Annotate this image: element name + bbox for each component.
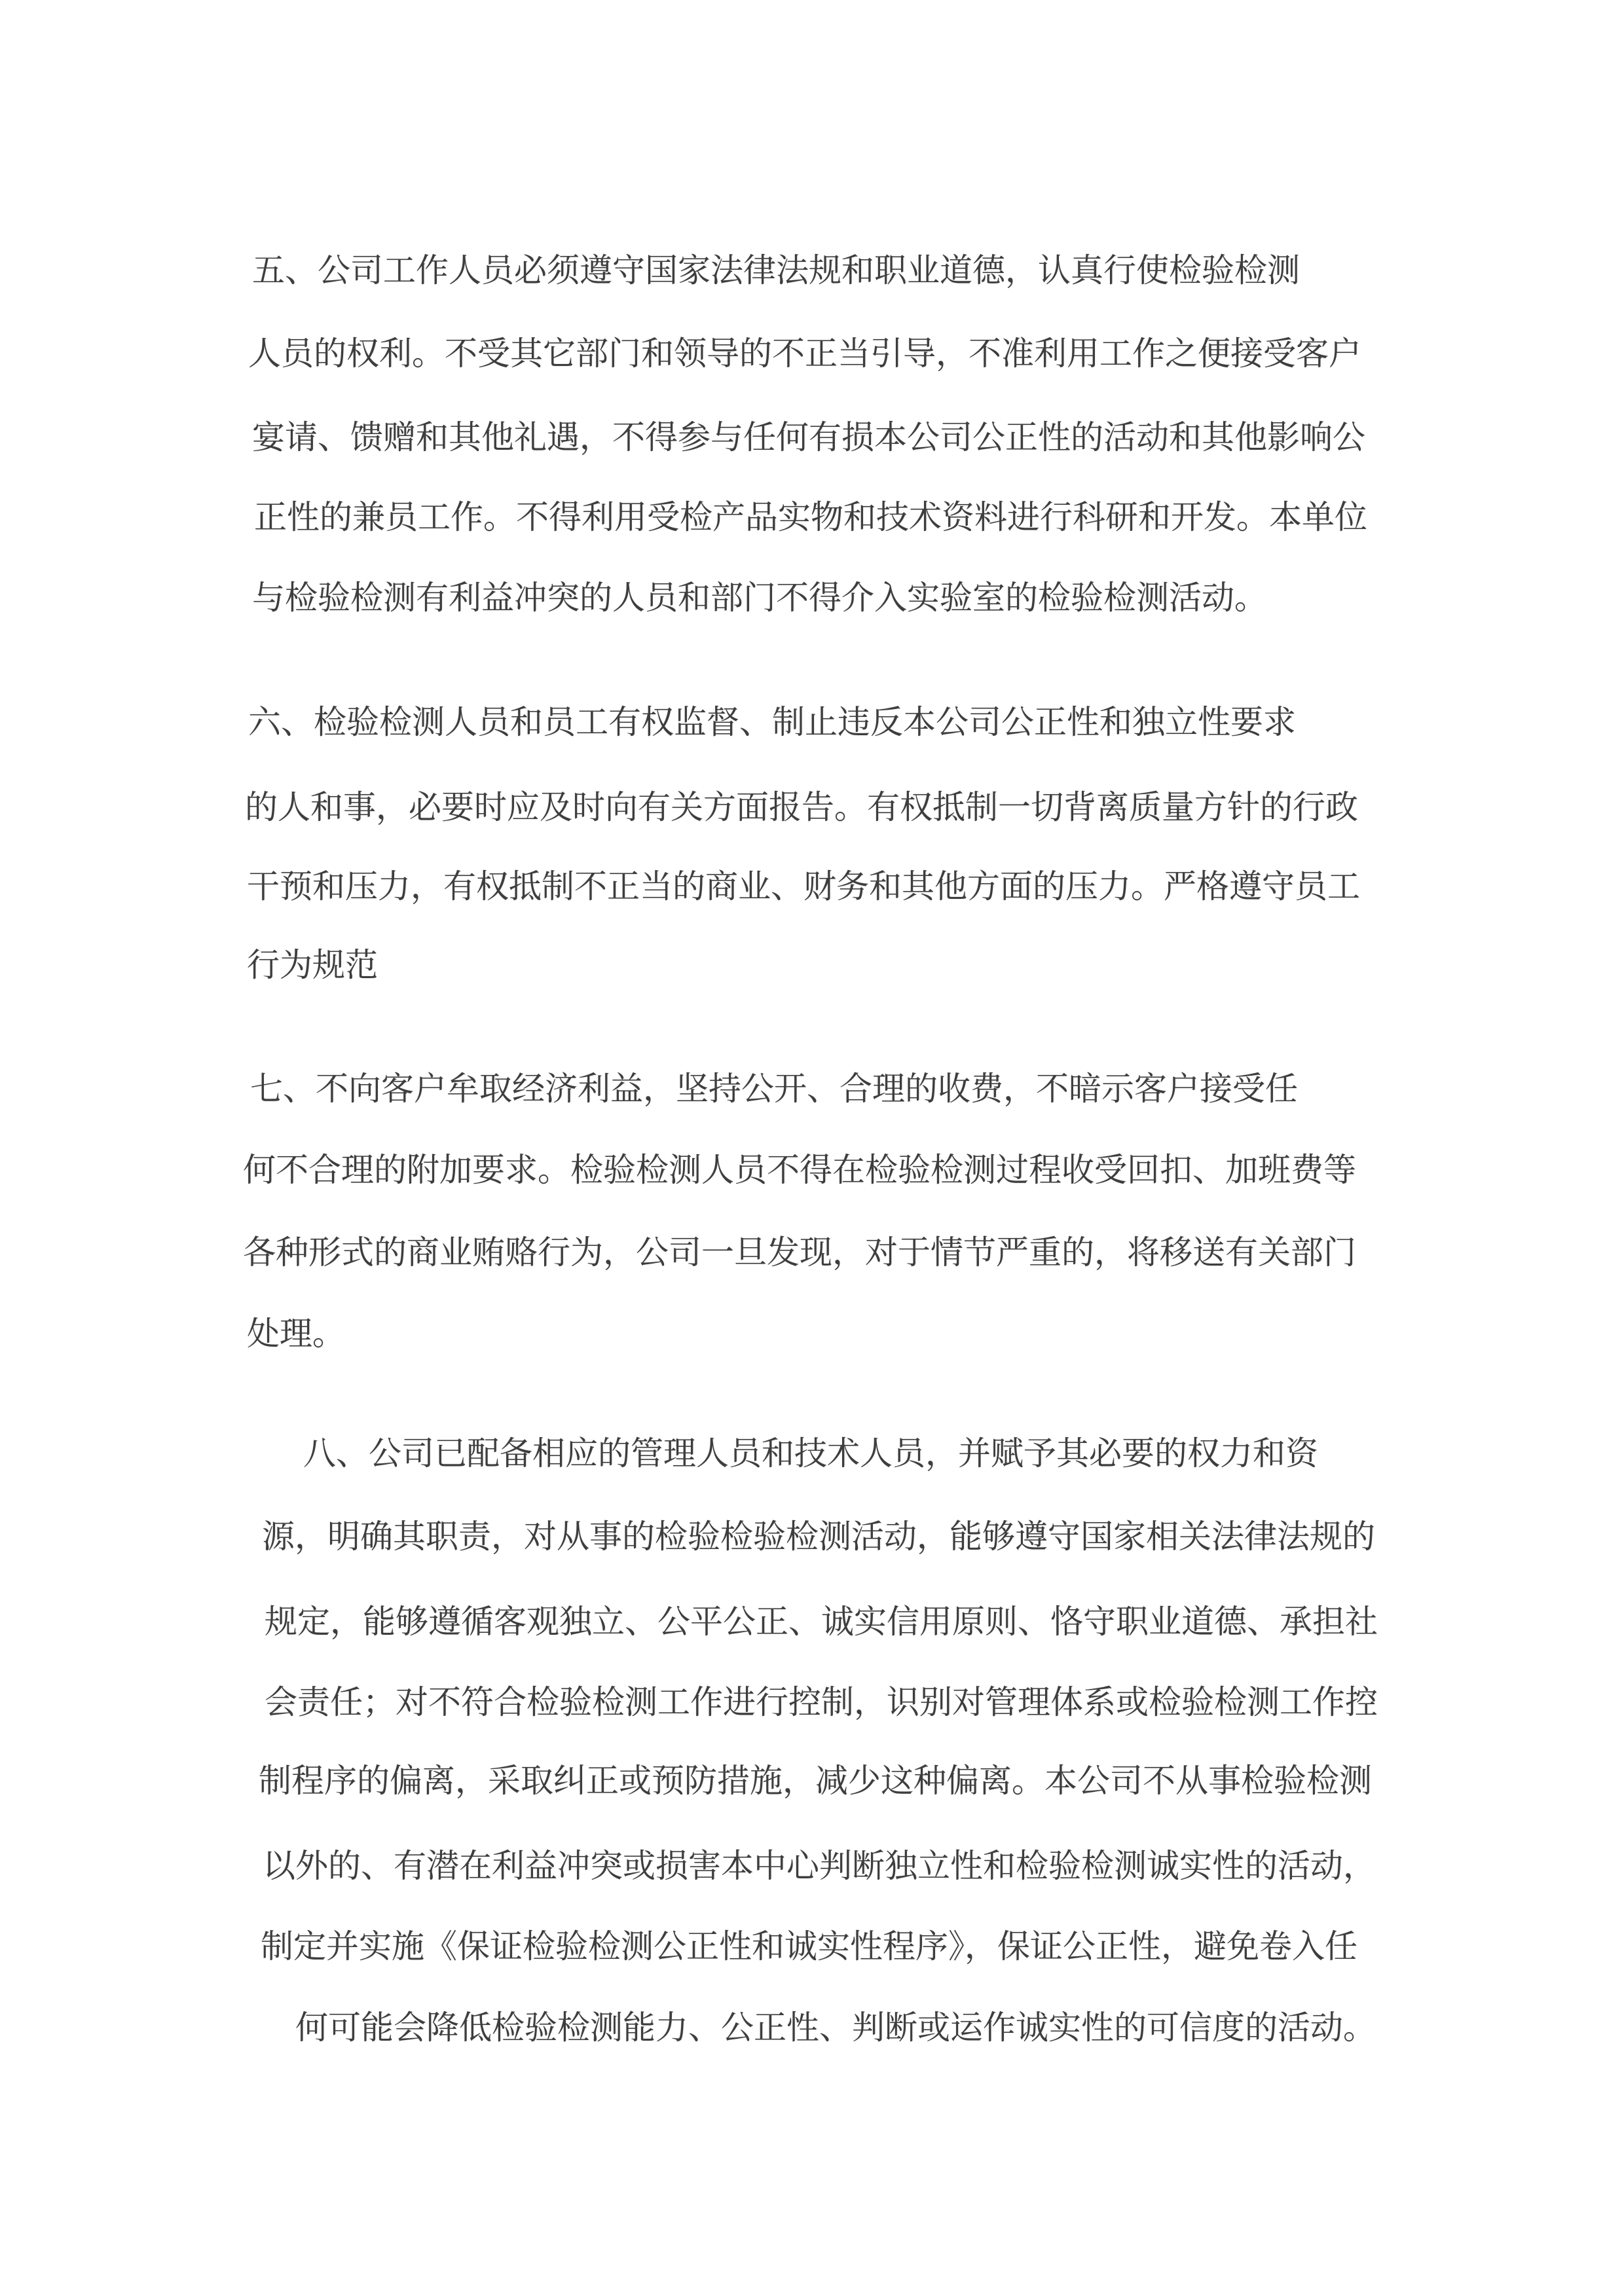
text-line: 的人和事，必要时应及时向有关方面报告。有权抵制一切背离质量方针的行政 [245, 788, 1358, 827]
text-line: 源，明确其职责，对从事的检验检验检测活动，能够遵守国家相关法律法规的 [262, 1517, 1375, 1556]
text-line: 何不合理的附加要求。检验检测人员不得在检验检测过程收受回扣、加班费等 [243, 1150, 1356, 1190]
text-line: 五、公司工作人员必须遵守国家法律法规和职业道德，认真行使检验检测 [252, 251, 1300, 290]
text-line: 六、检验检测人员和员工有权监督、制止违反本公司公正性和独立性要求 [248, 702, 1296, 742]
text-line: 行为规范 [247, 945, 378, 985]
text-line: 制定并实施《保证检验检测公正性和诚实性程序》，保证公正性，避免卷入任 [261, 1927, 1357, 1966]
text-line: 七、不向客户牟取经济利益，坚持公开、合理的收费，不暗示客户接受任 [250, 1069, 1298, 1108]
text-line: 各种形式的商业贿赂行为，公司一旦发现，对于情节严重的，将移送有关部门 [243, 1233, 1356, 1272]
text-line: 干预和压力，有权抵制不正当的商业、财务和其他方面的压力。严格遵守员工 [247, 867, 1360, 906]
text-line: 制程序的偏离，采取纠正或预防措施，减少这种偏离。本公司不从事检验检测 [259, 1761, 1372, 1800]
text-line: 正性的兼员工作。不得利用受检产品实物和技术资料进行科研和开发。本单位 [254, 498, 1367, 537]
text-line: 宴请、馈赠和其他礼遇，不得参与任何有损本公司公正性的活动和其他影响公 [252, 418, 1365, 457]
text-line: 八、公司已配备相应的管理人员和技术人员，并赋予其必要的权力和资 [303, 1434, 1318, 1473]
document-page: 五、公司工作人员必须遵守国家法律法规和职业道德，认真行使检验检测 人员的权利。不… [0, 0, 1624, 2296]
text-line: 何可能会降低检验检测能力、公正性、判断或运作诚实性的可信度的活动。 [295, 2008, 1376, 2047]
text-line: 与检验检测有利益冲突的人员和部门不得介入实验室的检验检测活动。 [252, 578, 1267, 617]
text-line: 人员的权利。不受其它部门和领导的不正当引导，不准利用工作之便接受客户 [248, 334, 1361, 373]
text-line: 处理。 [247, 1314, 345, 1353]
text-line: 以外的、有潜在利益冲突或损害本中心判断独立性和检验检测诚实性的活动， [263, 1846, 1376, 1886]
text-line: 会责任；对不符合检验检测工作进行控制，识别对管理体系或检验检测工作控 [265, 1683, 1378, 1722]
text-line: 规定，能够遵循客观独立、公平公正、诚实信用原则、恪守职业道德、承担社 [265, 1602, 1378, 1641]
